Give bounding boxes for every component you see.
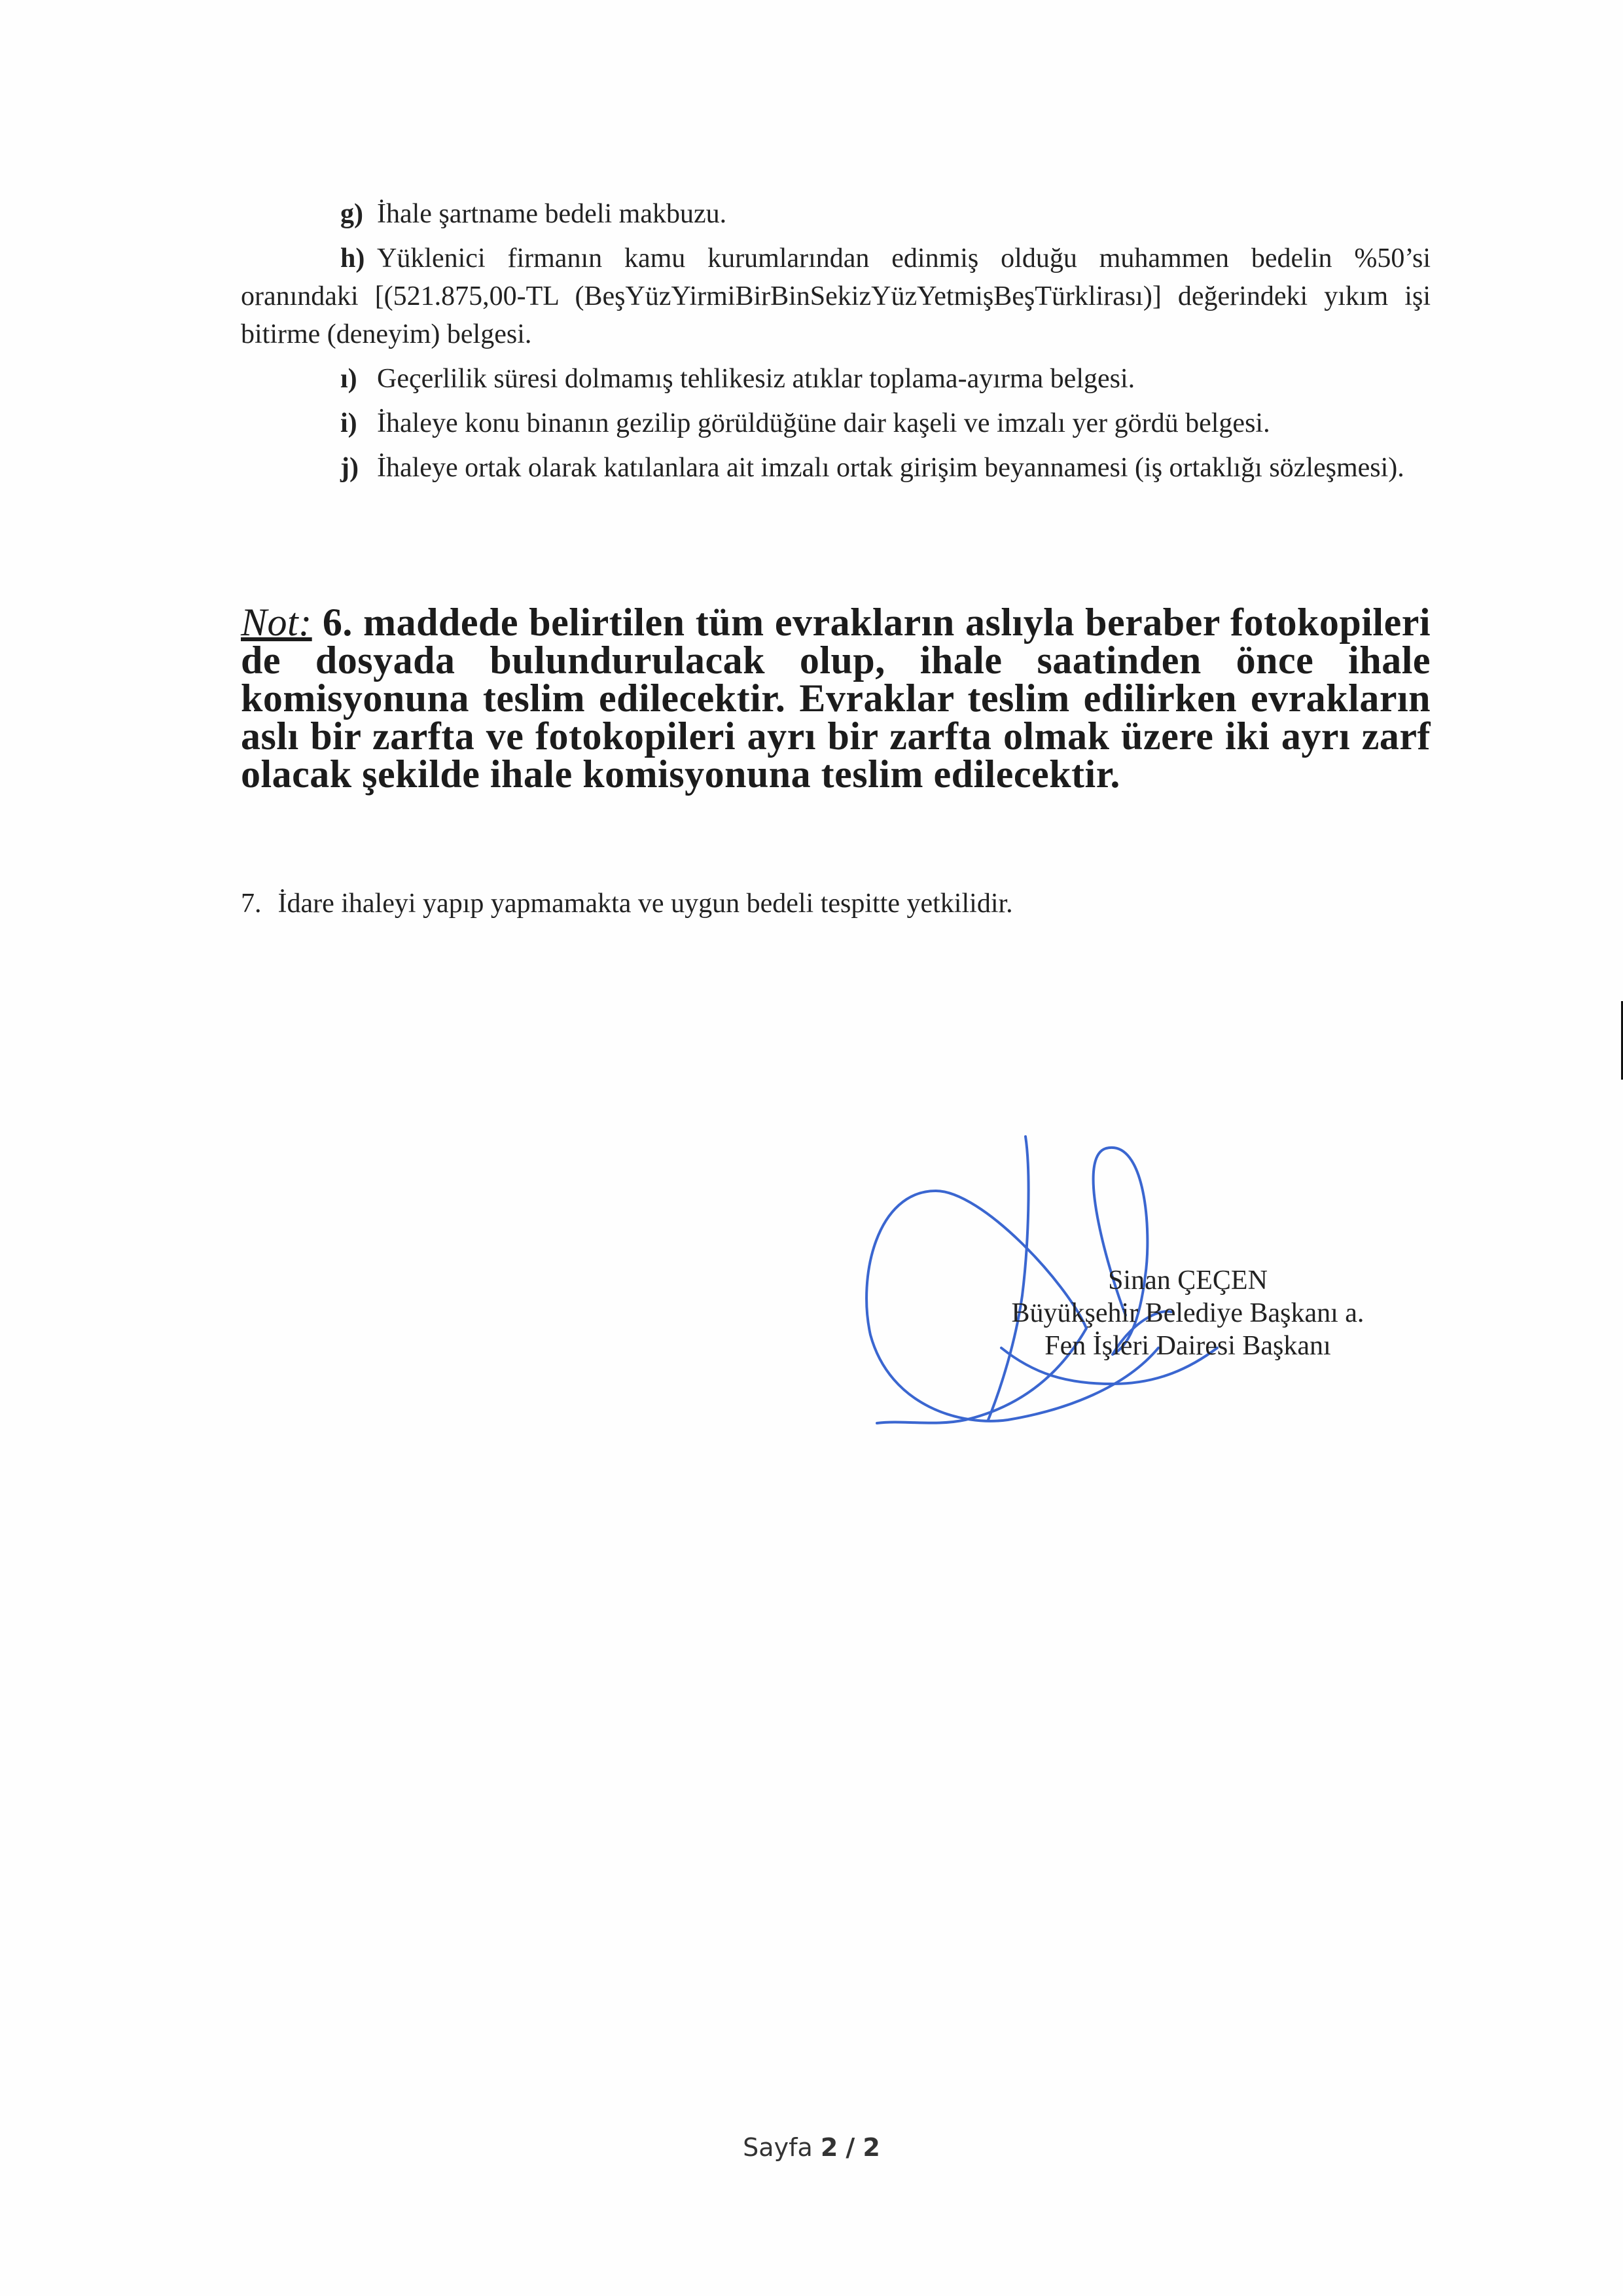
signatory-department: Fen İşleri Dairesi Başkanı	[916, 1330, 1459, 1362]
clause-7: 7. İdare ihaleyi yapıp yapmamakta ve uyg…	[241, 885, 1013, 923]
list-item-dotless-i: ı)Geçerlilik süresi dolmamış tehlikesiz …	[241, 360, 1431, 398]
signatory-title: Büyükşehir Belediye Başkanı a.	[916, 1297, 1459, 1330]
page-footer: Sayfa 2 / 2	[0, 2133, 1623, 2162]
requirements-list: g)İhale şartname bedeli makbuzu. h)Yükle…	[241, 195, 1431, 493]
page-label: Sayfa	[743, 2133, 813, 2162]
list-item-g: g)İhale şartname bedeli makbuzu.	[241, 195, 1431, 233]
current-page: 2	[821, 2133, 838, 2162]
list-item-i: i)İhaleye konu binanın gezilip görüldüğü…	[241, 404, 1431, 442]
page-separator: /	[846, 2133, 855, 2162]
list-item-j: j)İhaleye ortak olarak katılanlara ait i…	[241, 449, 1431, 487]
item-label: i)	[340, 404, 377, 442]
item-text: İhaleye ortak olarak katılanlara ait imz…	[377, 453, 1404, 483]
item-text: Geçerlilik süresi dolmamış tehlikesiz at…	[377, 364, 1135, 394]
document-page: g)İhale şartname bedeli makbuzu. h)Yükle…	[0, 0, 1623, 2296]
total-pages: 2	[863, 2133, 880, 2162]
item-label: h)	[340, 239, 377, 277]
list-item-h: h)Yüklenici firmanın kamu kurumlarından …	[241, 239, 1431, 353]
item-label: j)	[340, 449, 377, 487]
item-text: İhale şartname bedeli makbuzu.	[377, 199, 726, 229]
note-label: Not:	[241, 601, 312, 644]
item-text: İhaleye konu binanın gezilip görüldüğüne…	[377, 408, 1270, 438]
item-text: Yüklenici firmanın kamu kurumlarından ed…	[241, 243, 1431, 349]
clause-text: İdare ihaleyi yapıp yapmamakta ve uygun …	[278, 889, 1013, 919]
signature-block: Sinan ÇEÇEN Büyükşehir Belediye Başkanı …	[916, 1264, 1459, 1362]
item-label: g)	[340, 195, 377, 233]
clause-number: 7.	[241, 885, 271, 923]
note-paragraph: Not: 6. maddede belirtilen tüm evrakları…	[241, 603, 1431, 793]
note-text: 6. maddede belirtilen tüm evrakların asl…	[241, 601, 1431, 796]
item-label: ı)	[340, 360, 377, 398]
signatory-name: Sinan ÇEÇEN	[916, 1264, 1459, 1297]
